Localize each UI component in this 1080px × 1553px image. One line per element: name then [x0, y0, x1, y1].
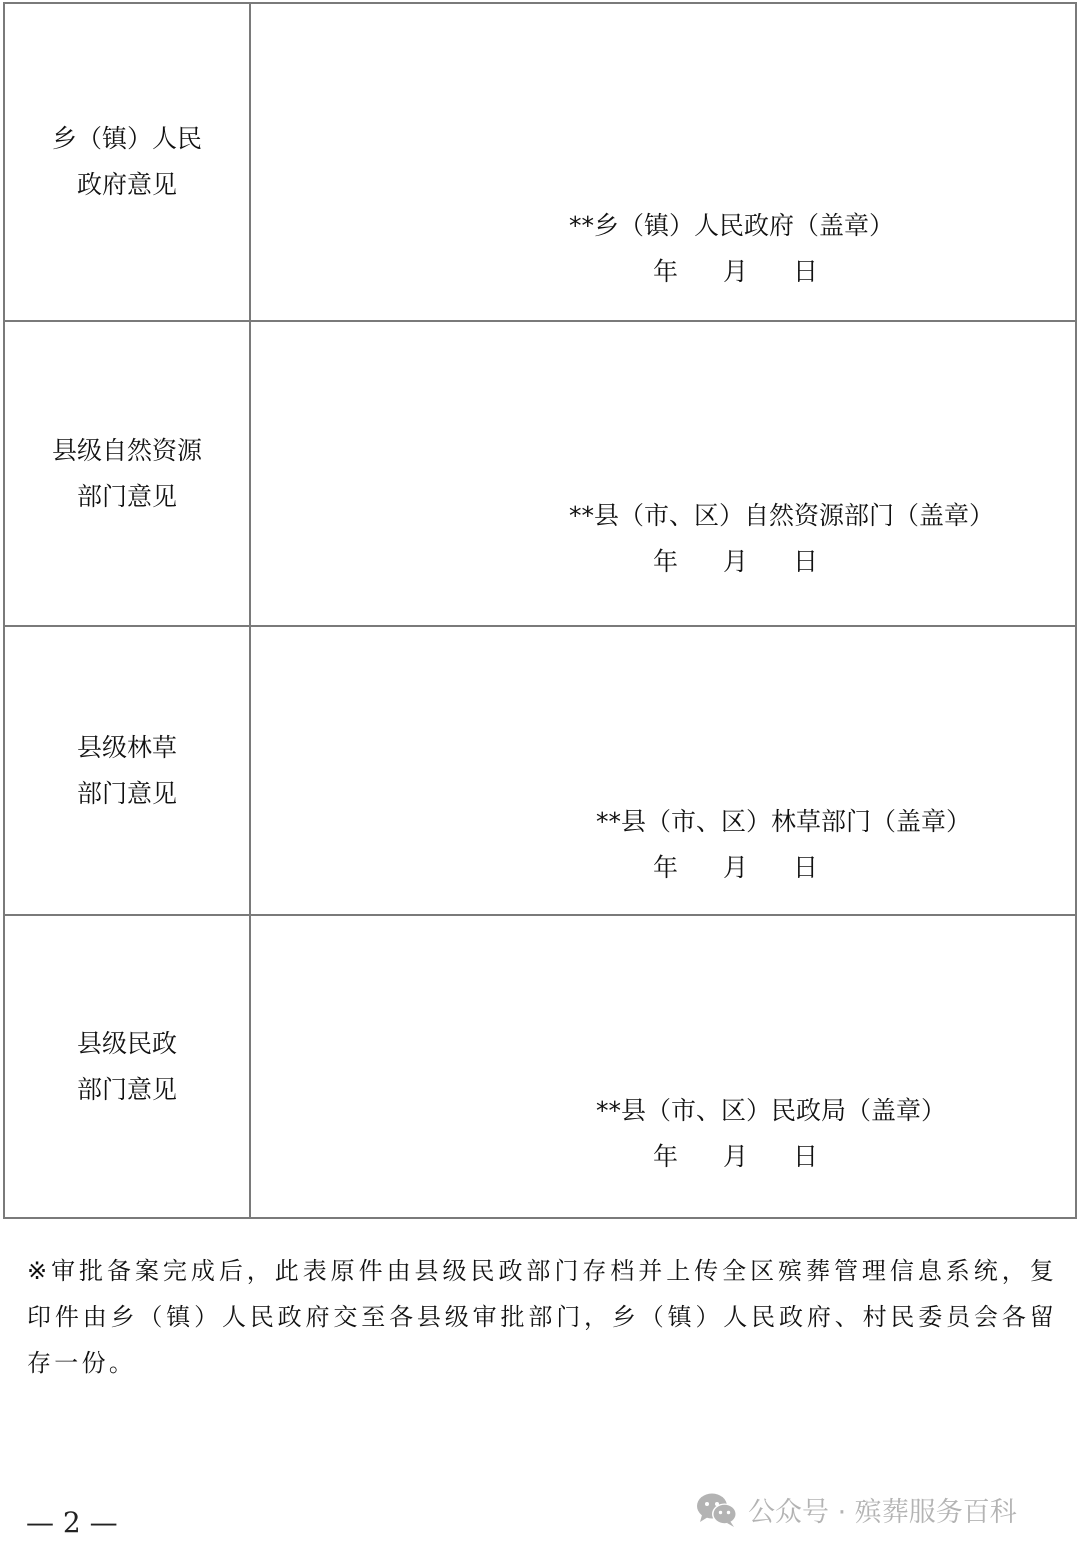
label-line: 政府意见: [5, 162, 249, 208]
opinion-cell[interactable]: **县（市、区）民政局（盖章） 年 月 日: [250, 915, 1076, 1218]
signature-block: **县（市、区）林草部门（盖章） 年 月 日: [596, 799, 971, 845]
signature-block: **乡（镇）人民政府（盖章） 年 月 日: [569, 203, 894, 249]
approval-opinion-table: 乡（镇）人民 政府意见 **乡（镇）人民政府（盖章） 年 月 日 县级自然资源 …: [3, 2, 1077, 1219]
wechat-icon: [696, 1492, 738, 1528]
table-row: 县级自然资源 部门意见 **县（市、区）自然资源部门（盖章） 年 月 日: [4, 321, 1076, 626]
signature-org: **县（市、区）自然资源部门（盖章）: [569, 493, 994, 539]
footnote: ※审批备案完成后，此表原件由县级民政部门存档并上传全区殡葬管理信息系统，复印件由…: [27, 1248, 1057, 1386]
row-label-township-government: 乡（镇）人民 政府意见: [4, 3, 250, 321]
row-label-natural-resources: 县级自然资源 部门意见: [4, 321, 250, 626]
signature-block: **县（市、区）自然资源部门（盖章） 年 月 日: [569, 493, 994, 539]
label-line: 部门意见: [5, 474, 249, 520]
label-line: 县级林草: [5, 725, 249, 771]
label-line: 部门意见: [5, 771, 249, 817]
opinion-cell[interactable]: **县（市、区）自然资源部门（盖章） 年 月 日: [250, 321, 1076, 626]
signature-org: **县（市、区）民政局（盖章）: [596, 1088, 946, 1134]
date-day: 日: [793, 249, 818, 295]
date-month: 月: [723, 249, 748, 295]
date-year: 年: [653, 1134, 678, 1180]
date-month: 月: [723, 1134, 748, 1180]
row-label-forestry-grassland: 县级林草 部门意见: [4, 626, 250, 915]
watermark: 公众号 · 殡葬服务百科: [696, 1490, 1017, 1529]
table-row: 乡（镇）人民 政府意见 **乡（镇）人民政府（盖章） 年 月 日: [4, 3, 1076, 321]
label-line: 县级民政: [5, 1021, 249, 1067]
signature-org: **县（市、区）林草部门（盖章）: [596, 799, 971, 845]
date-day: 日: [793, 539, 818, 585]
date-year: 年: [653, 539, 678, 585]
label-line: 部门意见: [5, 1067, 249, 1113]
signature-org: **乡（镇）人民政府（盖章）: [569, 203, 894, 249]
watermark-text: 公众号 · 殡葬服务百科: [748, 1490, 1017, 1529]
date-day: 日: [793, 845, 818, 891]
row-label-civil-affairs: 县级民政 部门意见: [4, 915, 250, 1218]
date-year: 年: [653, 249, 678, 295]
label-line: 乡（镇）人民: [5, 116, 249, 162]
opinion-cell[interactable]: **乡（镇）人民政府（盖章） 年 月 日: [250, 3, 1076, 321]
date-month: 月: [723, 539, 748, 585]
date-month: 月: [723, 845, 748, 891]
table-row: 县级林草 部门意见 **县（市、区）林草部门（盖章） 年 月 日: [4, 626, 1076, 915]
label-line: 县级自然资源: [5, 428, 249, 474]
date-year: 年: [653, 845, 678, 891]
signature-block: **县（市、区）民政局（盖章） 年 月 日: [596, 1088, 946, 1134]
table-row: 县级民政 部门意见 **县（市、区）民政局（盖章） 年 月 日: [4, 915, 1076, 1218]
opinion-cell[interactable]: **县（市、区）林草部门（盖章） 年 月 日: [250, 626, 1076, 915]
date-day: 日: [793, 1134, 818, 1180]
page-number: — 2 —: [26, 1506, 118, 1539]
